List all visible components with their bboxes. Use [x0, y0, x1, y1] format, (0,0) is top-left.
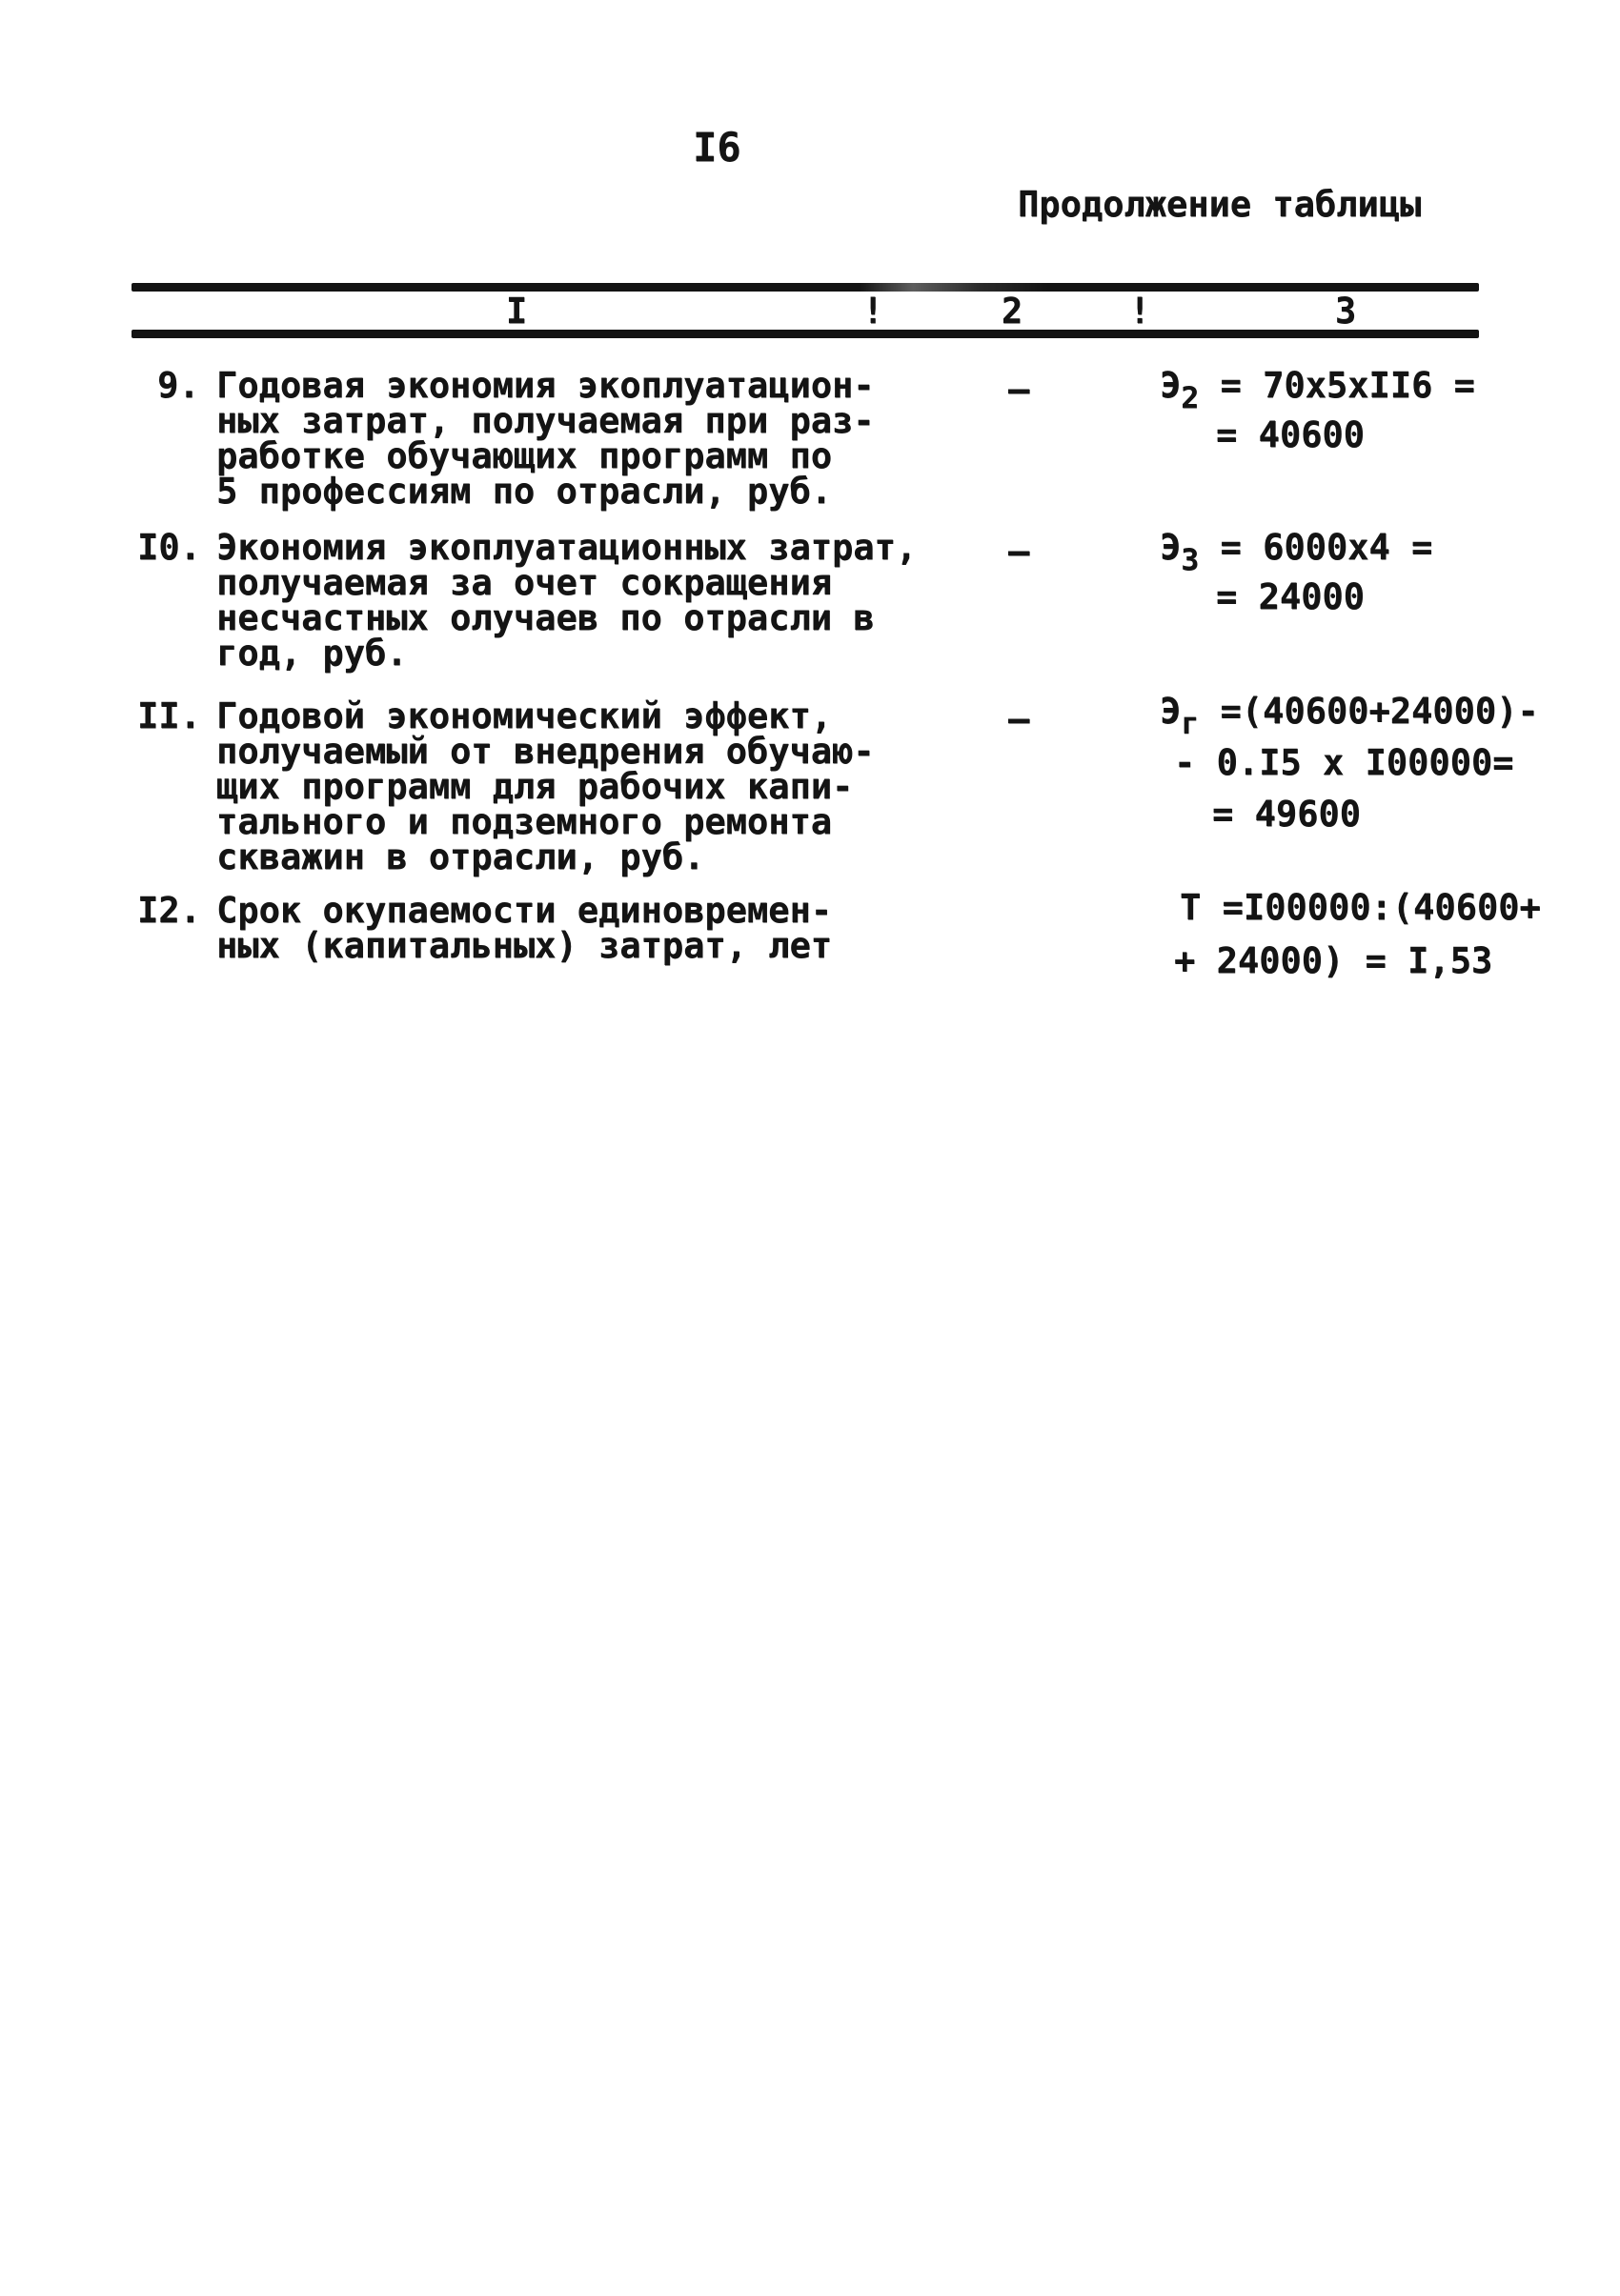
column-header-3: 2	[1002, 293, 1023, 329]
row-number: II.	[137, 698, 201, 734]
description-line: щих программ для рабочих капи-	[216, 769, 853, 804]
description-line: ных затрат, получаемая при раз-	[216, 403, 875, 438]
formula-line: = 24000	[1216, 579, 1365, 614]
page-number: I6	[693, 130, 741, 165]
formula-line: = 49600	[1212, 796, 1361, 832]
formula-line: T =I00000:(40600+	[1180, 890, 1541, 925]
description-line: тального и подземного ремонта	[216, 804, 832, 839]
description-line: Годовой экономический эффект,	[216, 698, 832, 734]
formula-line: = 40600	[1216, 417, 1365, 453]
description-line: несчастных олучаев по отрасли в	[216, 600, 875, 635]
formula-line: Э2 = 70x5xII6 =	[1160, 368, 1475, 403]
formula-line: + 24000) = I,53	[1174, 943, 1492, 978]
table-top-rule	[132, 283, 1479, 292]
column-header-2: !	[862, 293, 883, 329]
row-number: I0.	[137, 530, 201, 565]
col2-dash: –	[1008, 701, 1029, 736]
formula-line: - 0.I5 x I00000=	[1174, 745, 1513, 780]
description-line: Срок окупаемости единовремен-	[216, 893, 832, 928]
formula-subscript: г	[1181, 707, 1199, 741]
formula-symbol: Э	[1160, 527, 1181, 568]
formula-subscript: 2	[1181, 381, 1199, 415]
column-header-4: !	[1129, 293, 1150, 329]
description-line: Годовая экономия экоплуатацион-	[216, 368, 875, 403]
description-line: год, руб.	[216, 635, 407, 671]
formula-subscript: 3	[1181, 543, 1199, 577]
description-line: ных (капитальных) затрат, лет	[216, 928, 832, 963]
row-number: I2.	[137, 893, 201, 928]
description-line: получаемая за очет сокращения	[216, 565, 832, 600]
col2-dash: –	[1008, 534, 1029, 569]
table-header-bottom-rule	[132, 330, 1479, 338]
col2-dash: –	[1008, 372, 1029, 407]
formula-symbol: Э	[1160, 365, 1181, 406]
description-line: Экономия экоплуатационных затрат,	[216, 530, 917, 565]
description-line: получаемый от внедрения обучаю-	[216, 734, 875, 769]
column-header-5: 3	[1335, 293, 1356, 329]
formula-line: Эг =(40600+24000)-	[1160, 694, 1539, 729]
description-line: работке обучающих программ по	[216, 438, 832, 473]
table-continuation-label: Продолжение таблицы	[1018, 187, 1421, 222]
formula-symbol: Э	[1160, 691, 1181, 732]
row-number: 9.	[157, 368, 200, 403]
column-header-1: I	[506, 293, 527, 329]
description-line: 5 профессиям по отрасли, руб.	[216, 473, 832, 509]
formula-line: Э3 = 6000x4 =	[1160, 530, 1432, 565]
document-page: I6 Продолжение таблицы I!2!3 9.Годовая э…	[0, 0, 1620, 2296]
description-line: скважин в отрасли, руб.	[216, 839, 704, 875]
